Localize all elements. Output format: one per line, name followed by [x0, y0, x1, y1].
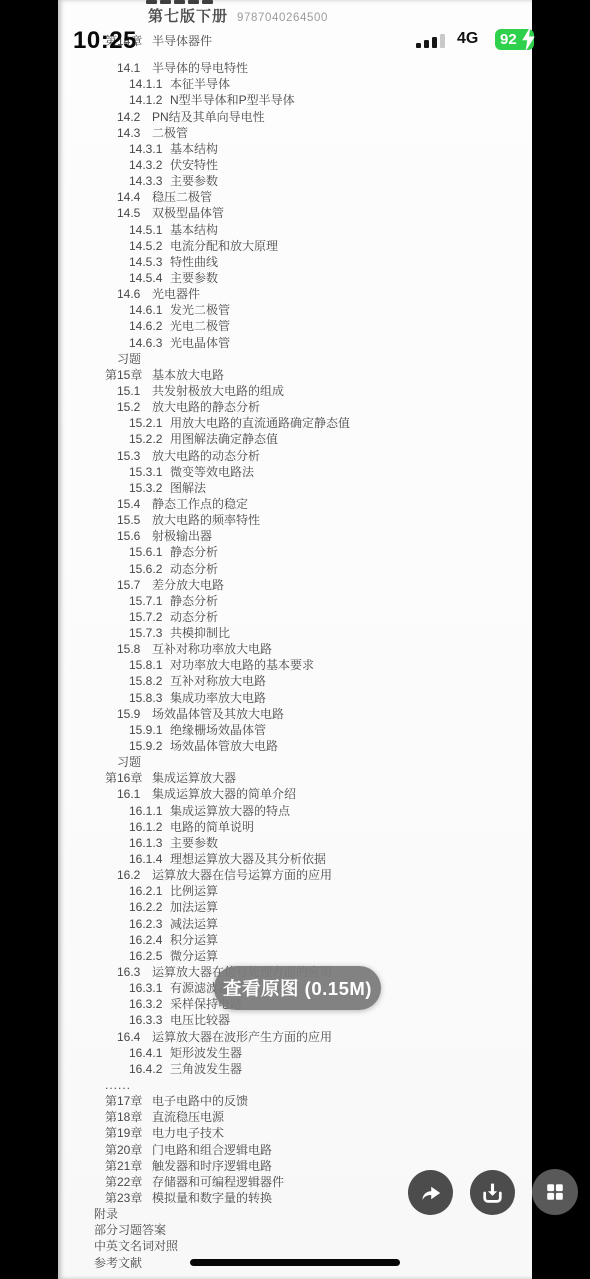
share-icon [418, 1180, 444, 1206]
toc-entry-title: 射极输出器 [152, 529, 212, 543]
toc-row: 16.2.2加法运算 [58, 899, 532, 915]
toc-row: 15.7差分放大电路 [58, 577, 532, 593]
toc-entry-number: 16.2.3 [129, 916, 170, 932]
toc-row: 16.1.3主要参数 [58, 835, 532, 851]
toc-row: 14.6.2光电二极管 [58, 318, 532, 334]
status-time: 10:25 [73, 27, 137, 55]
toc-entry-title: 门电路和组合逻辑电路 [152, 1143, 272, 1157]
toc-entry-title: 基本结构 [170, 223, 218, 237]
toc-row: 15.6.2动态分析 [58, 561, 532, 577]
toc-row: 第18章直流稳压电源 [58, 1109, 532, 1125]
download-button[interactable] [470, 1170, 515, 1215]
toc-entry-number: 16.2.4 [129, 932, 170, 948]
toc-entry-title: 存储器和可编程逻辑器件 [152, 1175, 284, 1189]
toc-entry-number: 15.6.1 [129, 544, 170, 560]
toc-entry-title: 习题 [117, 352, 141, 366]
toc-entry-number: 14.6.3 [129, 335, 170, 351]
toc-row: 14.3二极管 [58, 125, 532, 141]
toc-entry-title: 电路的简单说明 [170, 820, 254, 834]
toc-entry-title: 半导体的导电特性 [152, 61, 248, 75]
toc-entry-number: 15.4 [117, 496, 152, 512]
toc-entry-title: 动态分析 [170, 562, 218, 576]
toc-row: 15.4静态工作点的稳定 [58, 496, 532, 512]
toc-entry-title: 基本放大电路 [152, 368, 224, 382]
toc-row: 14.3.2伏安特性 [58, 157, 532, 173]
toc-entry-title: ...... [105, 1078, 131, 1092]
toc-entry-number: 15.3 [117, 448, 152, 464]
toc-entry-number: 15.6.2 [129, 561, 170, 577]
toc-entry-title: 主要参数 [170, 174, 218, 188]
toc-entry-title: 放大电路的频率特性 [152, 513, 260, 527]
toc-entry-number: 15.7.1 [129, 593, 170, 609]
toc-entry-number: 15.9.2 [129, 738, 170, 754]
toc-entry-title: 习题 [117, 755, 141, 769]
toc-row: 第20章门电路和组合逻辑电路 [58, 1142, 532, 1158]
toc-row: 第22章存储器和可编程逻辑器件 [58, 1174, 532, 1190]
book-header: 第七版下册9787040264500 [148, 5, 328, 26]
toc-entry-number: 14.3.3 [129, 173, 170, 189]
toc-entry-title: 矩形波发生器 [170, 1046, 242, 1060]
toc-entry-number: 15.3.1 [129, 464, 170, 480]
toc-row: 15.6.1静态分析 [58, 544, 532, 560]
toc-row: 附录 [58, 1206, 532, 1222]
isbn-number: 9787040264500 [237, 12, 328, 24]
toc-row: 第21章触发器和时序逻辑电路 [58, 1158, 532, 1174]
toc-row: 14.5.1基本结构 [58, 222, 532, 238]
toc-entry-number: 16.3.2 [129, 996, 170, 1012]
toc-entry-number: 16.1 [117, 786, 152, 802]
toc-row: 15.6射极输出器 [58, 528, 532, 544]
toc-entry-title: 比例运算 [170, 884, 218, 898]
toc-entry-title: 电力电子技术 [152, 1126, 224, 1140]
toc-row: 16.4运算放大器在波形产生方面的应用 [58, 1029, 532, 1045]
toc-entry-title: 对功率放大电路的基本要求 [170, 658, 314, 672]
toc-entry-number: 14.6 [117, 286, 152, 302]
toc-entry-title: 静态分析 [170, 545, 218, 559]
toc-entry-number: 16.1.3 [129, 835, 170, 851]
toc-entry-number: 14.5.2 [129, 238, 170, 254]
toc-entry-number: 16.4.1 [129, 1045, 170, 1061]
toc-entry-title: 发光二极管 [170, 303, 230, 317]
toc-row: 16.4.2三角波发生器 [58, 1061, 532, 1077]
grid-icon [544, 1181, 566, 1203]
toc-entry-title: 集成运算放大器的特点 [170, 804, 290, 818]
toc-entry-title: 中英文名词对照 [94, 1239, 178, 1253]
toc-entry-title: 共发射极放大电路的组成 [152, 384, 284, 398]
toc-entry-number: 15.7.2 [129, 609, 170, 625]
edition-title: 第七版下册 [148, 8, 228, 25]
toc-entry-title: 加法运算 [170, 900, 218, 914]
toc-entry-title: 模拟量和数字量的转换 [152, 1191, 272, 1205]
toc-entry-number: 16.2.5 [129, 948, 170, 964]
toc-row: 15.1共发射极放大电路的组成 [58, 383, 532, 399]
toc-entry-number: 16.4.2 [129, 1061, 170, 1077]
toc-entry-title: 光电二极管 [170, 319, 230, 333]
toc-entry-title: 静态分析 [170, 594, 218, 608]
toc-entry-title: 共模抑制比 [170, 626, 230, 640]
toc-entry-title: 伏安特性 [170, 158, 218, 172]
toc-row: 14.6.1发光二极管 [58, 302, 532, 318]
toc-entry-number: 16.3.3 [129, 1012, 170, 1028]
toc-row: 16.1.1集成运算放大器的特点 [58, 803, 532, 819]
toc-entry-number: 第23章 [105, 1190, 152, 1206]
toc-row: 16.2.4积分运算 [58, 932, 532, 948]
toc-row: 15.3放大电路的动态分析 [58, 448, 532, 464]
toc-row: 15.2放大电路的静态分析 [58, 399, 532, 415]
toc-row: 14.5.3特性曲线 [58, 254, 532, 270]
toc-row: 16.2.1比例运算 [58, 883, 532, 899]
toc-entry-number: 第19章 [105, 1125, 152, 1141]
toc-row: 15.5放大电路的频率特性 [58, 512, 532, 528]
toc-row: 15.9.1绝缘栅场效晶体管 [58, 722, 532, 738]
toc-entry-title: 理想运算放大器及其分析依据 [170, 852, 326, 866]
toc-entry-title: 触发器和时序逻辑电路 [152, 1159, 272, 1173]
toc-entry-title: 微分运算 [170, 949, 218, 963]
toc-entry-number: 14.4 [117, 189, 152, 205]
toc-row: 15.9场效晶体管及其放大电路 [58, 706, 532, 722]
toc-entry-title: 三角波发生器 [170, 1062, 242, 1076]
toc-entry-number: 14.5.3 [129, 254, 170, 270]
toc-entry-title: 基本结构 [170, 142, 218, 156]
toc-entry-title: 图解法 [170, 481, 206, 495]
toc-entry-number: 16.1.2 [129, 819, 170, 835]
toc-row: 15.8互补对称功率放大电路 [58, 641, 532, 657]
toc-entry-number: 15.2.2 [129, 431, 170, 447]
toc-row: 15.7.3共模抑制比 [58, 625, 532, 641]
toc-entry-title: 运算放大器在波形产生方面的应用 [152, 1030, 332, 1044]
toc-entry-number: 15.6 [117, 528, 152, 544]
toc-entry-title: 主要参数 [170, 836, 218, 850]
toc-row: 14.5双极型晶体管 [58, 205, 532, 221]
toc-entry-title: 集成功率放大电路 [170, 691, 266, 705]
toc-entry-title: 光电器件 [152, 287, 200, 301]
toc-entry-number: 第16章 [105, 770, 152, 786]
toc-entry-title: 动态分析 [170, 610, 218, 624]
toc-entry-title: PN结及其单向导电性 [152, 110, 265, 124]
toc-entry-number: 16.3 [117, 964, 152, 980]
toc-row: 16.2.3减法运算 [58, 916, 532, 932]
toc-entry-title: 减法运算 [170, 917, 218, 931]
toc-entry-number: 15.2 [117, 399, 152, 415]
toc-entry-title: 微变等效电路法 [170, 465, 254, 479]
toc-row: 14.3.1基本结构 [58, 141, 532, 157]
toc-row: 14.2PN结及其单向导电性 [58, 109, 532, 125]
toc-row: 16.3.3电压比较器 [58, 1012, 532, 1028]
toc-entry-number: 15.1 [117, 383, 152, 399]
toc-entry-title: 运算放大器在信号运算方面的应用 [152, 868, 332, 882]
toc-entry-number: 15.9 [117, 706, 152, 722]
toc-entry-number: 15.8 [117, 641, 152, 657]
toc-row: 第15章基本放大电路 [58, 367, 532, 383]
toc-entry-number: 15.7 [117, 577, 152, 593]
toc-row: 14.5.4主要参数 [58, 270, 532, 286]
toc-entry-title: 半导体器件 [152, 34, 212, 48]
toc-row: 15.8.1对功率放大电路的基本要求 [58, 657, 532, 673]
toc-entry-title: 集成运算放大器的简单介绍 [152, 787, 296, 801]
toc-entry-number: 14.1 [117, 60, 152, 76]
toc-entry-number: 第18章 [105, 1109, 152, 1125]
toc-entry-title: 积分运算 [170, 933, 218, 947]
toc-entry-number: 14.6.2 [129, 318, 170, 334]
toc-entry-number: 16.4 [117, 1029, 152, 1045]
toc-entry-number: 14.3 [117, 125, 152, 141]
toc-row: 16.1.2电路的简单说明 [58, 819, 532, 835]
toc-row: 16.1集成运算放大器的简单介绍 [58, 786, 532, 802]
toc-list: 第14章半导体器件14.1半导体的导电特性14.1.1本征半导体14.1.2N型… [58, 33, 532, 1271]
toc-entry-number: 15.5 [117, 512, 152, 528]
toc-entry-title: 光电晶体管 [170, 336, 230, 350]
network-type-label: 4G [457, 30, 478, 48]
toc-entry-title: 互补对称功率放大电路 [152, 642, 272, 656]
toc-entry-number: 16.1.4 [129, 851, 170, 867]
toc-entry-number: 14.3.1 [129, 141, 170, 157]
toc-entry-number: 14.5.4 [129, 270, 170, 286]
toc-row: 16.1.4理想运算放大器及其分析依据 [58, 851, 532, 867]
toc-entry-title: 电流分配和放大原理 [170, 239, 278, 253]
screen: 第七版下册9787040264500 第14章半导体器件14.1半导体的导电特性… [0, 0, 590, 1279]
toc-entry-title: 场效晶体管放大电路 [170, 739, 278, 753]
toc-entry-number: 16.2 [117, 867, 152, 883]
clipped-text-fragment [146, 0, 213, 4]
toc-entry-title: 参考文献 [94, 1256, 142, 1270]
toc-entry-title: 集成运算放大器 [152, 771, 236, 785]
signal-strength-icon [416, 33, 449, 48]
toc-row: 部分习题答案 [58, 1222, 532, 1238]
toc-row: 习题 [58, 351, 532, 367]
toc-row: 16.2运算放大器在信号运算方面的应用 [58, 867, 532, 883]
toc-row: 15.8.2互补对称放大电路 [58, 673, 532, 689]
toc-entry-number: 15.8.2 [129, 673, 170, 689]
toc-entry-title: 特性曲线 [170, 255, 218, 269]
toc-row: 15.3.2图解法 [58, 480, 532, 496]
toc-entry-number: 14.6.1 [129, 302, 170, 318]
toc-entry-title: 差分放大电路 [152, 578, 224, 592]
view-original-button[interactable]: 查看原图 (0.15M) [214, 966, 381, 1010]
toc-entry-title: 放大电路的静态分析 [152, 400, 260, 414]
toc-entry-title: 用图解法确定静态值 [170, 432, 278, 446]
toc-entry-number: 16.2.1 [129, 883, 170, 899]
toc-entry-title: 双极型晶体管 [152, 206, 224, 220]
toc-entry-number: 第20章 [105, 1142, 152, 1158]
toc-row: 14.5.2电流分配和放大原理 [58, 238, 532, 254]
toc-row: 14.1.1本征半导体 [58, 76, 532, 92]
toc-row: 第19章电力电子技术 [58, 1125, 532, 1141]
toc-row: 15.7.1静态分析 [58, 593, 532, 609]
share-button[interactable] [408, 1170, 453, 1215]
toc-row: 中英文名词对照 [58, 1238, 532, 1254]
toc-entry-title: 稳压二极管 [152, 190, 212, 204]
toc-entry-title: 放大电路的动态分析 [152, 449, 260, 463]
toc-row: 第23章模拟量和数字量的转换 [58, 1190, 532, 1206]
toc-entry-number: 第22章 [105, 1174, 152, 1190]
toc-entry-number: 16.3.1 [129, 980, 170, 996]
toc-row: 第16章集成运算放大器 [58, 770, 532, 786]
toc-entry-title: 电压比较器 [170, 1013, 230, 1027]
toc-entry-number: 14.1.2 [129, 92, 170, 108]
toc-row: 15.8.3集成功率放大电路 [58, 690, 532, 706]
toc-row: 第17章电子电路中的反馈 [58, 1093, 532, 1109]
toc-entry-title: 主要参数 [170, 271, 218, 285]
toc-row: 14.6.3光电晶体管 [58, 335, 532, 351]
toc-entry-title: 本征半导体 [170, 77, 230, 91]
toc-entry-title: 静态工作点的稳定 [152, 497, 248, 511]
toc-entry-number: 15.8.3 [129, 690, 170, 706]
toc-row: 14.1半导体的导电特性 [58, 60, 532, 76]
toc-entry-number: 第17章 [105, 1093, 152, 1109]
toc-row: 14.6光电器件 [58, 286, 532, 302]
toc-row: 15.9.2场效晶体管放大电路 [58, 738, 532, 754]
toc-row: 15.2.2用图解法确定静态值 [58, 431, 532, 447]
toc-entry-title: 绝缘栅场效晶体管 [170, 723, 266, 737]
toc-row: 16.4.1矩形波发生器 [58, 1045, 532, 1061]
toc-entry-title: 部分习题答案 [94, 1223, 166, 1237]
toc-row: 习题 [58, 754, 532, 770]
toc-row: 15.2.1用放大电路的直流通路确定静态值 [58, 415, 532, 431]
toc-entry-title: 互补对称放大电路 [170, 674, 266, 688]
toc-row: 16.2.5微分运算 [58, 948, 532, 964]
home-indicator[interactable] [190, 1259, 400, 1266]
toc-row: 15.7.2动态分析 [58, 609, 532, 625]
toc-entry-number: 15.8.1 [129, 657, 170, 673]
toc-entry-title: 直流稳压电源 [152, 1110, 224, 1124]
toc-row: 14.1.2N型半导体和P型半导体 [58, 92, 532, 108]
toc-row: ...... [58, 1077, 532, 1093]
toc-entry-number: 15.2.1 [129, 415, 170, 431]
toc-entry-number: 16.1.1 [129, 803, 170, 819]
download-icon [480, 1180, 505, 1205]
toc-entry-title: 场效晶体管及其放大电路 [152, 707, 284, 721]
toc-entry-title: 二极管 [152, 126, 188, 140]
toc-row: 14.3.3主要参数 [58, 173, 532, 189]
toc-row: 14.4稳压二极管 [58, 189, 532, 205]
toc-entry-number: 15.7.3 [129, 625, 170, 641]
toc-entry-number: 第21章 [105, 1158, 152, 1174]
toc-entry-title: N型半导体和P型半导体 [170, 93, 295, 107]
toc-entry-number: 15.9.1 [129, 722, 170, 738]
toc-entry-number: 第15章 [105, 367, 152, 383]
apps-grid-button[interactable] [532, 1169, 578, 1215]
toc-entry-number: 15.3.2 [129, 480, 170, 496]
toc-entry-title: 附录 [94, 1207, 118, 1221]
toc-row: 15.3.1微变等效电路法 [58, 464, 532, 480]
toc-entry-number: 14.2 [117, 109, 152, 125]
toc-entry-title: 电子电路中的反馈 [152, 1094, 248, 1108]
toc-entry-number: 14.1.1 [129, 76, 170, 92]
toc-entry-number: 14.5.1 [129, 222, 170, 238]
toc-entry-number: 14.3.2 [129, 157, 170, 173]
charging-bolt-icon [521, 26, 536, 52]
toc-entry-number: 16.2.2 [129, 899, 170, 915]
toc-entry-number: 14.5 [117, 205, 152, 221]
toc-entry-title: 用放大电路的直流通路确定静态值 [170, 416, 350, 430]
